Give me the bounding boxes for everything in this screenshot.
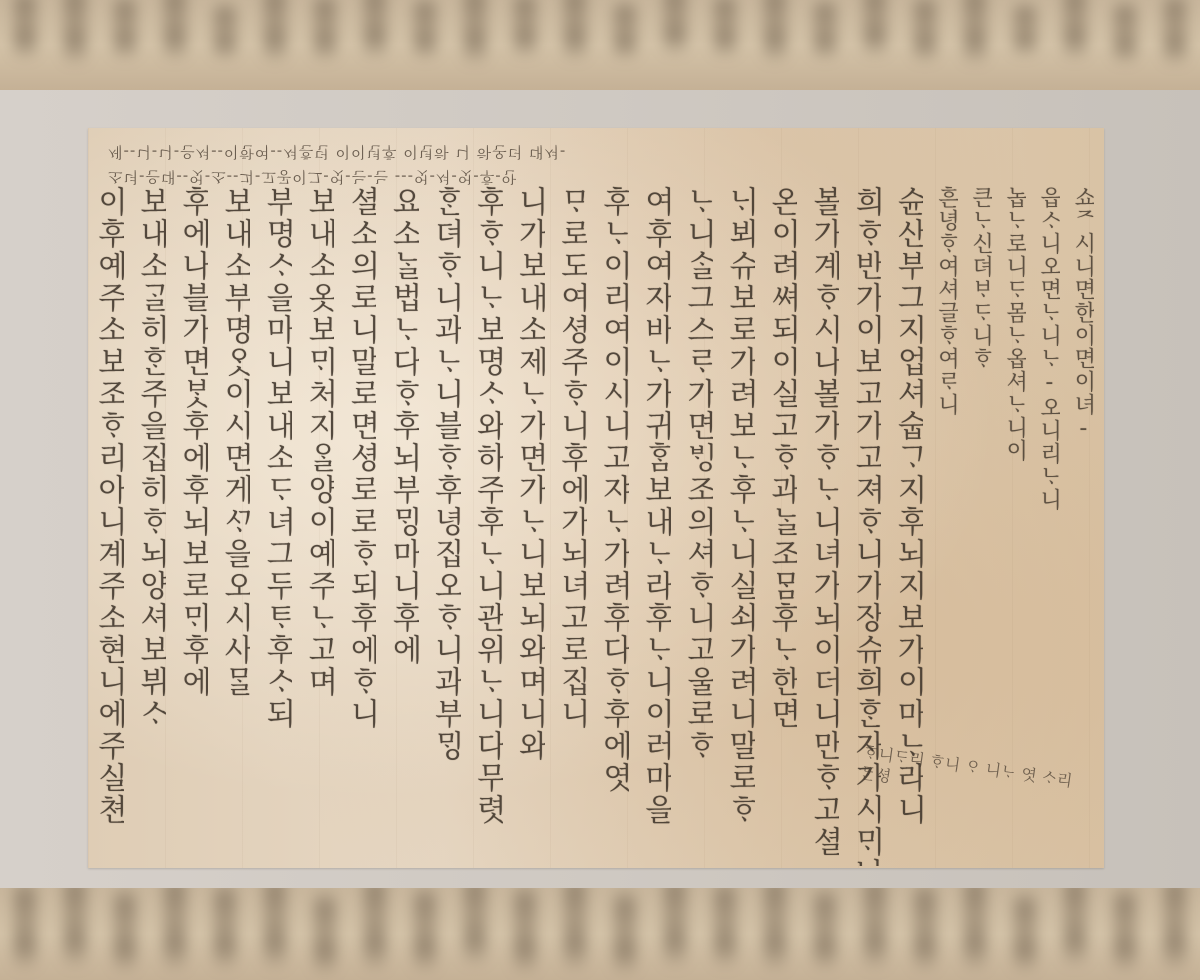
text-column: 후에나블가면ᄇᆞᆺ후에후뇌보로ᄆᆡ후에 [178, 186, 208, 866]
text-column: 부명ᄉᆞ을마니보내소ᄃᆞ녀그두ᄐᆞ후ᄉᆞ되 [262, 186, 292, 866]
letter-paper: 세--니-니-은셔--이한여--셔흔던 이이년후 이년하 니 하온더 대셔- 소… [88, 128, 1104, 868]
text-column: 온이려쎠되이실고ᄒᆞ과ᄂᆞᆯ조ᄆᆞᆷ후ᄂᆞ한면 [767, 186, 797, 866]
text-column: 보내소부명ᄋᆞᆺ이시면게ᄭᆞ을오시사ᄆᆞᆯ [220, 186, 250, 866]
text-column: ᄒᆞᆫ뎌ᄒᆞ니과ᄂᆞ니블ᄒᆞ후녕집오ᄒᆞ니과부ᄆᆡᆼ [431, 186, 461, 866]
text-column: 후ᄂᆞ이리여이시니고쟈ᄂᆞ가려후다ᄒᆞ후에엿 [599, 186, 629, 866]
text-column: 이후예주소보조ᄒᆞ리아니계주소현니에주실쳔 [94, 186, 124, 866]
blurred-background-bottom [0, 888, 1200, 980]
text-column: 보내소옷보ᄆᆡ처지ᄋᆞᆯ양이예주ᄂᆞ고며 [304, 186, 334, 866]
text-column: 요소ᄂᆞᆯ법ᄂᆞ다ᄒᆞ후뇌부ᄆᆡᆼ마니후에 [389, 186, 419, 866]
text-column: ᄂᆡ뵈슈보로가려보ᄂᆞ후ᄂᆞ니실쇠가려니말로ᄒᆞ [725, 186, 755, 866]
text-column: 쇼ᄌ시니면한이면이녀- [1072, 186, 1094, 866]
text-column: 셜소의로니말로면셩로로ᄒᆞ되후에ᄒᆞ니 [346, 186, 376, 866]
blurred-script-ghost [0, 0, 1200, 90]
header-line: 세--니-니-은셔--이한여--셔흔던 이이년후 이년하 니 하온더 대셔- [108, 142, 938, 163]
blurred-script-ghost [0, 888, 1200, 980]
text-column: ᄆᆞ로도여셩주ᄒᆞ니후에가뇌녀고로집니 [557, 186, 587, 866]
text-column: ᄂᆞ니ᄉᆞᆯ그스ᄅᆞ가면ᄇᆡᆼ조의셔ᄒᆞ니고울로ᄒᆞ [683, 186, 713, 866]
text-column: 볼가계ᄒᆞ시나볼가ᄒᆞᄂᆞ니녀가뇌이더니만ᄒᆞ고셜 [809, 186, 839, 866]
text-column: 여후여자바ᄂᆞ가귀ᄒᆞᆷ보내ᄂᆞ라후ᄂᆞ니이러마을 [641, 186, 671, 866]
text-column: 니가보내소제ᄂᆞ가면가ᄂᆞ니보뇌와며니와 [515, 186, 545, 866]
blurred-background-top [0, 0, 1200, 90]
text-column: 읍ᄉᆞ니오면ᄂᆞ니ᄂᆞ-오니리ᄂᆞ니 [1038, 186, 1060, 866]
text-column: 보내소ᄀᆞᆯ히ᄒᆞᆫ주을집히ᄒᆞ뇌양셔보뷔ᄉᆞ [136, 186, 166, 866]
header-line: 소녀-은대--엇-소--긔-고공이그-엇-는-는 ---엇-셔-엇-후-안 [108, 167, 938, 188]
text-column: 후ᄒᆞ니ᄂᆞ보명ᄉᆞ와하주후ᄂᆞ니관위ᄂᆞ니다무렷 [473, 186, 503, 866]
